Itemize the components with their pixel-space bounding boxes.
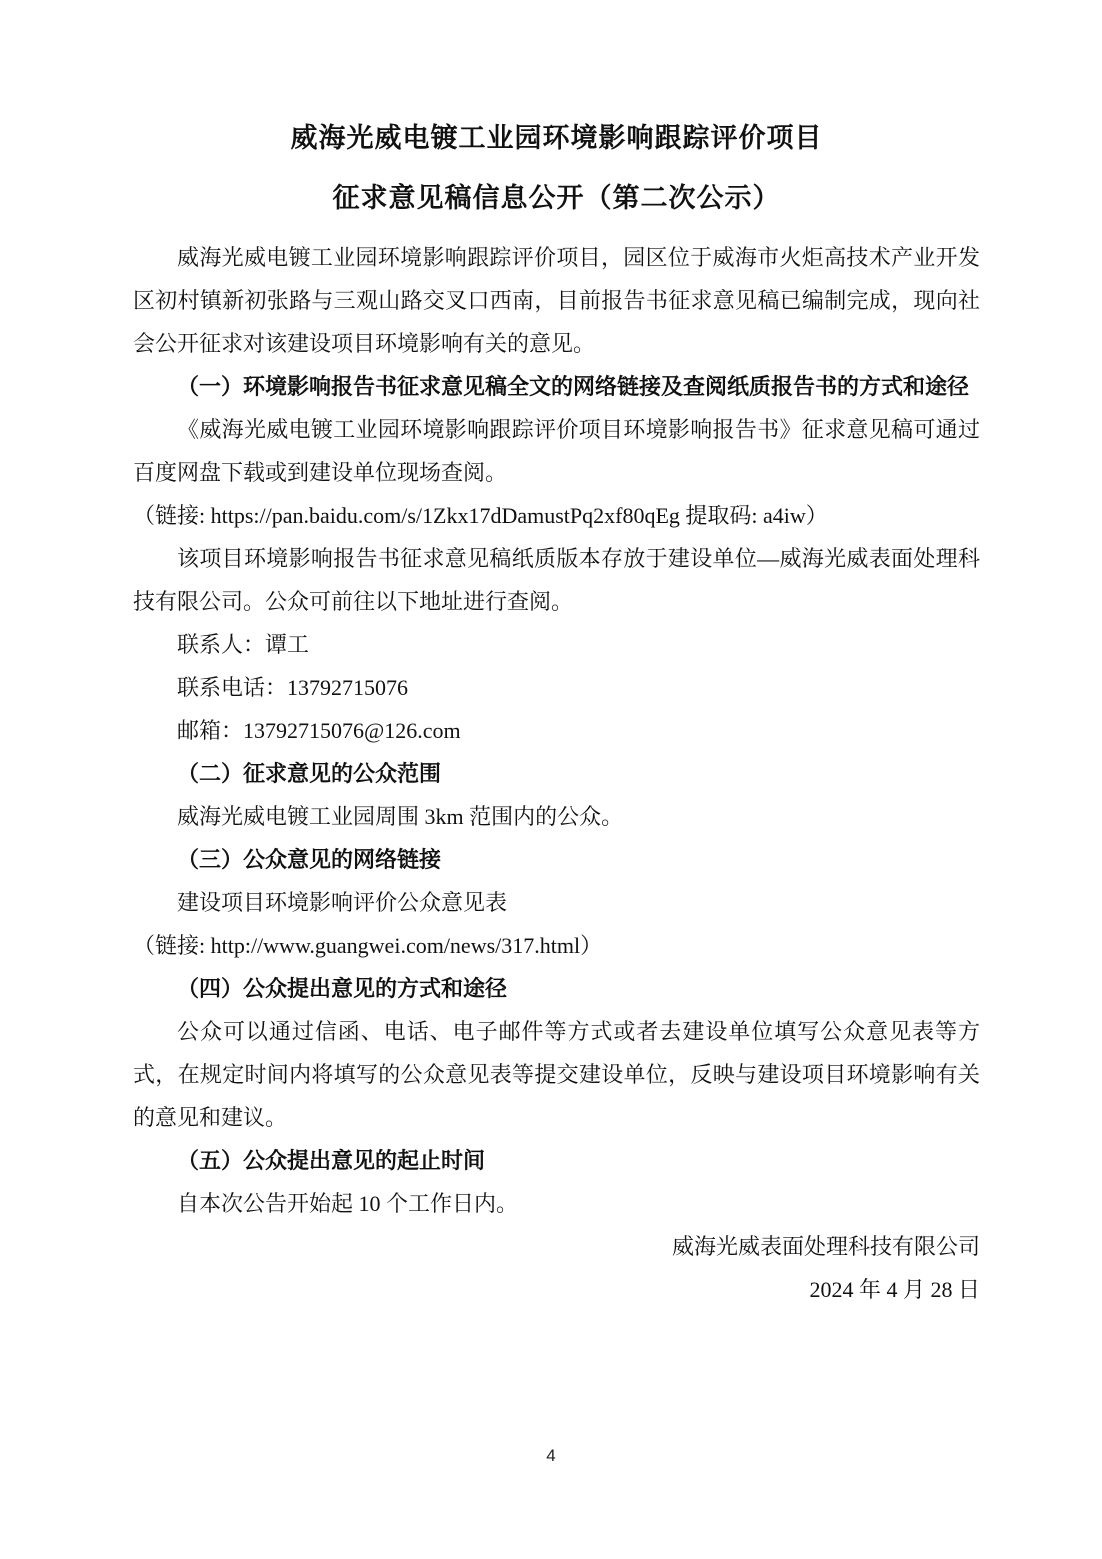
section-5-heading: （五）公众提出意见的起止时间 [133, 1139, 980, 1182]
section-1-paragraph-1: 《威海光威电镀工业园环境影响跟踪评价项目环境影响报告书》征求意见稿可通过百度网盘… [133, 408, 980, 494]
guangwei-link-line: （链接: http://www.guangwei.com/news/317.ht… [133, 924, 980, 967]
contact-person-line: 联系人：谭工 [133, 623, 980, 666]
document-page: 威海光威电镀工业园环境影响跟踪评价项目 征求意见稿信息公开（第二次公示） 威海光… [0, 0, 1102, 1559]
section-4-heading: （四）公众提出意见的方式和途径 [133, 967, 980, 1010]
contact-email-line: 邮箱：13792715076@126.com [133, 709, 980, 752]
baidu-pan-link-line: （链接: https://pan.baidu.com/s/1Zkx17dDamu… [133, 494, 980, 537]
section-1-paragraph-2: 该项目环境影响报告书征求意见稿纸质版本存放于建设单位—威海光威表面处理科技有限公… [133, 537, 980, 623]
signature-date: 2024 年 4 月 28 日 [133, 1268, 980, 1311]
section-1-heading: （一）环境影响报告书征求意见稿全文的网络链接及查阅纸质报告书的方式和途径 [133, 365, 980, 408]
contact-phone-line: 联系电话：13792715076 [133, 666, 980, 709]
section-5-paragraph-1: 自本次公告开始起 10 个工作日内。 [133, 1182, 980, 1225]
section-3-heading: （三）公众意见的网络链接 [133, 838, 980, 881]
section-2-paragraph-1: 威海光威电镀工业园周围 3km 范围内的公众。 [133, 795, 980, 838]
signature-company: 威海光威表面处理科技有限公司 [133, 1225, 980, 1268]
section-3-paragraph-1: 建设项目环境影响评价公众意见表 [133, 881, 980, 924]
intro-paragraph: 威海光威电镀工业园环境影响跟踪评价项目，园区位于威海市火炬高技术产业开发区初村镇… [133, 236, 980, 365]
page-number: 4 [0, 1444, 1102, 1468]
section-2-heading: （二）征求意见的公众范围 [133, 752, 980, 795]
section-4-paragraph-1: 公众可以通过信函、电话、电子邮件等方式或者去建设单位填写公众意见表等方式，在规定… [133, 1010, 980, 1139]
document-title-line1: 威海光威电镀工业园环境影响跟踪评价项目 [133, 122, 980, 154]
document-title-line2: 征求意见稿信息公开（第二次公示） [133, 182, 980, 214]
document-body: 威海光威电镀工业园环境影响跟踪评价项目，园区位于威海市火炬高技术产业开发区初村镇… [133, 236, 980, 1311]
document-content: 威海光威电镀工业园环境影响跟踪评价项目 征求意见稿信息公开（第二次公示） 威海光… [133, 0, 980, 1311]
